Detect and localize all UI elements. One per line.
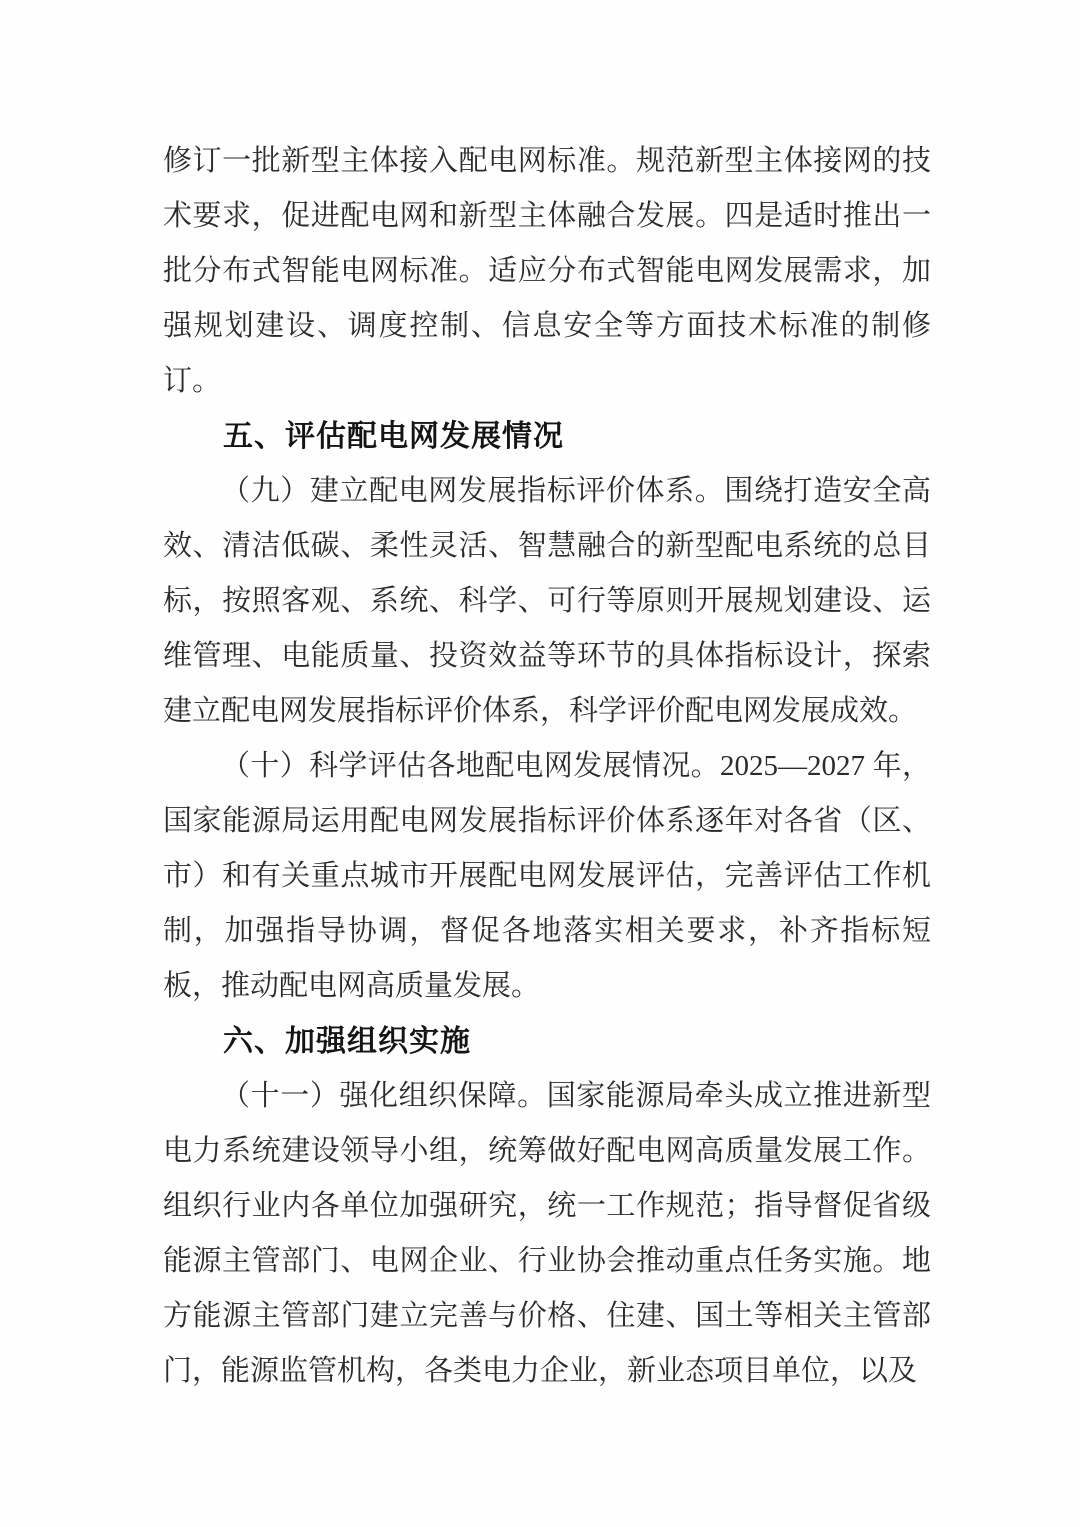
paragraph-standards-continuation: 修订一批新型主体接入配电网标准。规范新型主体接网的技术要求，促进配电网和新型主体… [163,134,931,409]
document-content: 修订一批新型主体接入配电网标准。规范新型主体接网的技术要求，促进配电网和新型主体… [163,134,931,1399]
paragraph-10-regional-assessment: （十）科学评估各地配电网发展情况。2025—2027 年，国家能源局运用配电网发… [163,739,931,1014]
paragraph-9-indicator-evaluation-system: （九）建立配电网发展指标评价体系。围绕打造安全高效、清洁低碳、柔性灵活、智慧融合… [163,464,931,739]
document-page: 修订一批新型主体接入配电网标准。规范新型主体接网的技术要求，促进配电网和新型主体… [0,0,1080,1527]
section-heading-5-evaluate-grid-development: 五、评估配电网发展情况 [163,409,931,464]
section-heading-6-strengthen-implementation: 六、加强组织实施 [163,1014,931,1069]
paragraph-11-organizational-guarantee: （十一）强化组织保障。国家能源局牵头成立推进新型电力系统建设领导小组，统筹做好配… [163,1069,931,1399]
